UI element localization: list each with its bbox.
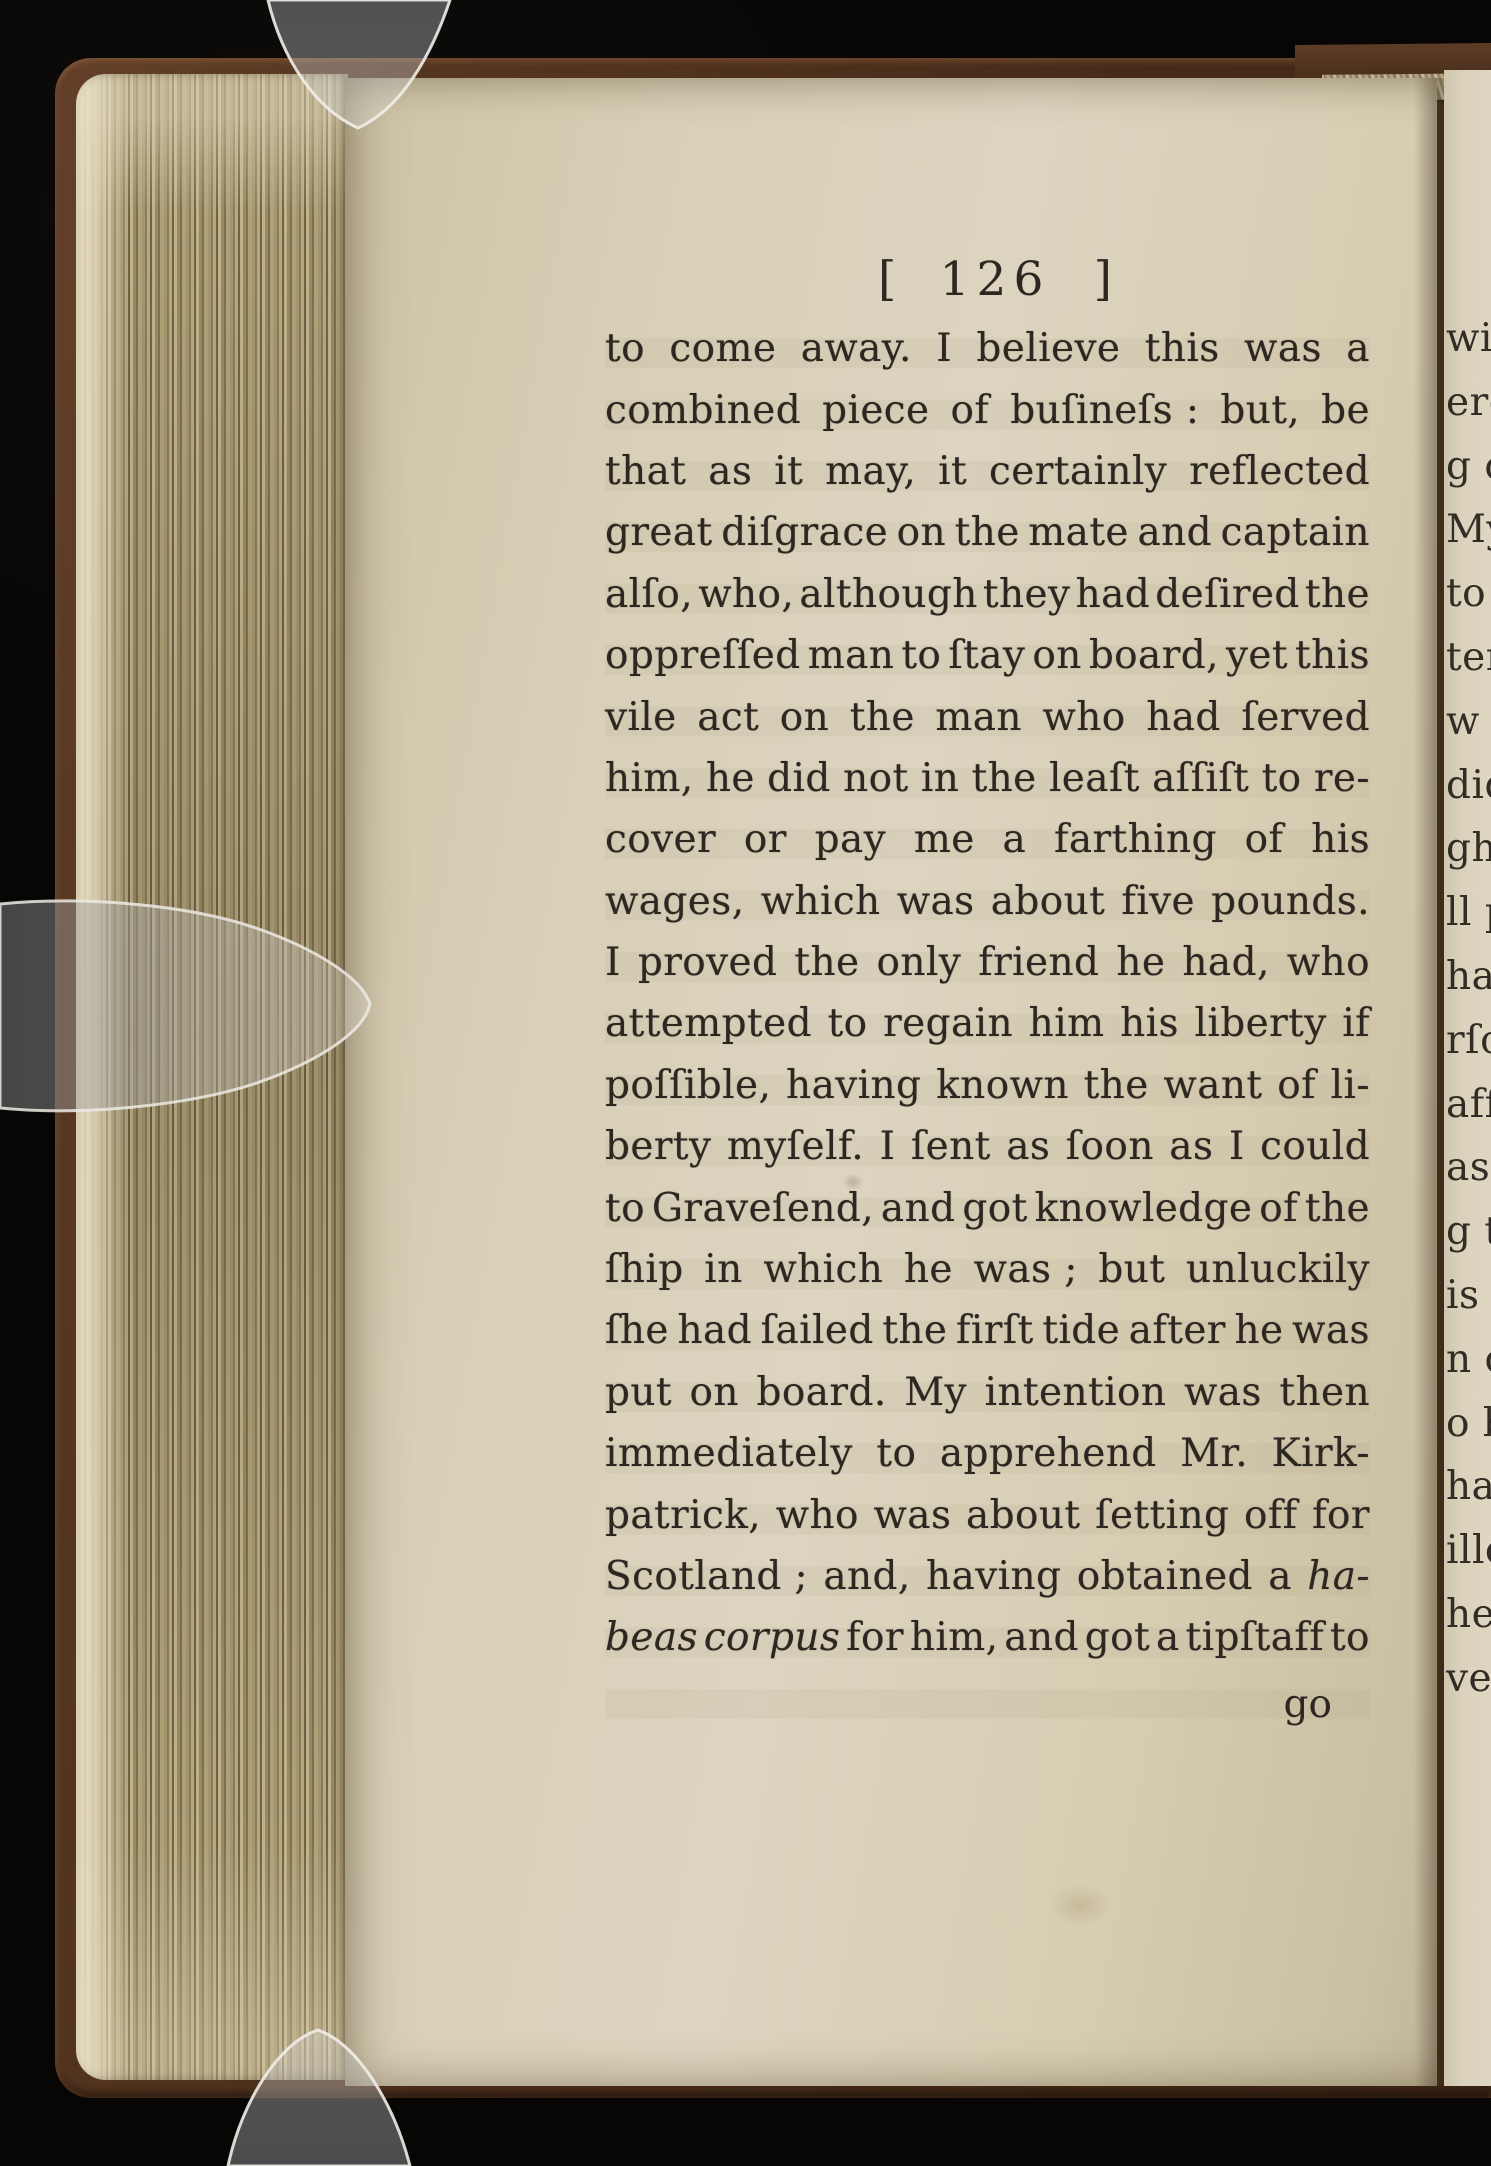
word: apprehend — [940, 1431, 1157, 1476]
word: liberty — [1194, 1001, 1326, 1046]
word: attempted — [605, 1001, 812, 1046]
word: away. — [801, 326, 912, 371]
facing-page-text-fragment: ght, and — [1446, 826, 1491, 871]
word: to — [605, 1186, 645, 1231]
word: intention — [985, 1370, 1167, 1415]
text-line: beascorpusforhim,andgotatipſtaffto — [605, 1607, 1370, 1668]
word: a — [1346, 326, 1370, 371]
word: ſent — [911, 1124, 991, 1169]
text-line: toGraveſend,andgotknowledgeofthe — [605, 1177, 1370, 1238]
word: board. — [757, 1370, 887, 1415]
word: believe — [976, 326, 1120, 371]
word: combined — [605, 388, 801, 433]
plastic-clip-top — [264, 0, 454, 140]
word: who — [776, 1493, 859, 1538]
word: vile — [605, 695, 677, 740]
word: My — [904, 1370, 967, 1415]
word: was — [1292, 1308, 1370, 1353]
word: deſired — [1155, 572, 1299, 617]
word: captain — [1221, 510, 1370, 555]
word: Mr. — [1180, 1431, 1248, 1476]
text-line: greatdiſgraceonthemateandcaptain — [605, 502, 1370, 563]
word: which — [763, 1247, 883, 1292]
word: ſetting — [1095, 1493, 1229, 1538]
text-line: vileactonthemanwhohadſerved — [605, 686, 1370, 747]
word: a — [1003, 817, 1027, 862]
word: he — [904, 1247, 953, 1292]
text-line: thatasitmay,itcertainlyreflected — [605, 441, 1370, 502]
word: put — [605, 1370, 672, 1415]
text-line: bertymyſelf.IſentasſoonasIcould — [605, 1116, 1370, 1177]
word: he — [1116, 940, 1165, 985]
word: the — [1305, 572, 1370, 617]
word: pounds. — [1211, 879, 1370, 924]
word: I — [1229, 1124, 1245, 1169]
word: friend — [978, 940, 1099, 985]
word: was — [1244, 326, 1322, 371]
word: piece — [822, 388, 929, 433]
word: was ; — [974, 1247, 1078, 1292]
text-line: Scotland ;and,havingobtainedaha- — [605, 1546, 1370, 1607]
word: and — [881, 1186, 956, 1231]
word: this — [1145, 326, 1220, 371]
word: this — [1295, 633, 1370, 678]
word: on — [1032, 633, 1081, 678]
word: after — [1129, 1308, 1226, 1353]
word: or — [744, 817, 787, 862]
word: to — [1330, 1615, 1370, 1660]
word: regain — [883, 1001, 1013, 1046]
word: as — [1006, 1124, 1050, 1169]
word: of — [1259, 1186, 1298, 1231]
facing-page-text-fragment: rſonate — [1446, 1018, 1491, 1063]
facing-page-text-fragment: had a — [1446, 954, 1491, 999]
word: off — [1244, 1493, 1298, 1538]
text-line: coverorpaymeafarthingofhis — [605, 809, 1370, 870]
word: was — [897, 879, 975, 924]
word: a — [1268, 1554, 1292, 1599]
word: leaſt — [1049, 756, 1140, 801]
plastic-clip-left — [0, 890, 385, 1122]
header-bracket-left: [ — [878, 252, 896, 307]
word: was — [874, 1493, 952, 1538]
word: corpus — [704, 1615, 840, 1660]
word: Scotland ; — [605, 1554, 808, 1599]
facing-page-text-fragment: very — [1446, 1656, 1491, 1701]
word: did — [767, 756, 831, 801]
facing-page-text-fragment: w me, a — [1446, 699, 1491, 744]
word: they — [983, 572, 1071, 617]
word: the — [972, 756, 1037, 801]
word: for — [846, 1615, 904, 1660]
word: ſhip — [605, 1247, 684, 1292]
word: but, — [1220, 388, 1300, 433]
page-number: 126 — [940, 252, 1051, 307]
facing-page-text-fragment: to uſe — [1446, 571, 1491, 616]
word: ſoon — [1066, 1124, 1154, 1169]
text-line: tocomeaway.Ibelievethiswasa — [605, 318, 1370, 379]
word: having — [926, 1554, 1061, 1599]
word: I — [936, 326, 952, 371]
word: who — [1287, 940, 1370, 985]
facing-page-text-fragment: o bail. — [1446, 1401, 1491, 1446]
text-line: alſo,who,althoughtheyhaddeſiredthe — [605, 564, 1370, 625]
word: diſgrace — [721, 510, 888, 555]
text-line: immediatelytoapprehendMr.Kirk- — [605, 1423, 1370, 1484]
word: about — [966, 1493, 1081, 1538]
page-header: [ 126 ] — [878, 246, 1112, 312]
word: cover — [605, 817, 716, 862]
text-line: combinedpieceofbuſineſs :but,be — [605, 379, 1370, 440]
word: oppreſſed — [605, 633, 801, 678]
word: to — [876, 1431, 916, 1476]
word: on — [690, 1370, 739, 1415]
word: re- — [1314, 756, 1370, 801]
word: known — [936, 1063, 1069, 1108]
word: man — [935, 695, 1022, 740]
word: berty — [605, 1124, 711, 1169]
text-line: Iprovedtheonlyfriendhehad,who — [605, 932, 1370, 993]
word: certainly — [989, 449, 1167, 494]
word: the — [850, 695, 915, 740]
facing-page-text-fragment: is plea — [1446, 1273, 1491, 1318]
facing-page-text-fragment: aff, who — [1446, 1082, 1491, 1127]
word: the — [794, 940, 859, 985]
plastic-clip-bottom — [222, 2018, 414, 2166]
text-line: oppreſſedmantoſtayonboard,yetthis — [605, 625, 1370, 686]
word: me — [914, 817, 975, 862]
word: who, — [698, 572, 794, 617]
word: of — [1245, 817, 1284, 862]
word: buſineſs : — [1010, 388, 1199, 433]
word: ſhe — [605, 1308, 669, 1353]
word: had — [677, 1308, 752, 1353]
word: in — [704, 1247, 742, 1292]
word: pay — [815, 817, 886, 862]
word: not — [843, 756, 908, 801]
word: it — [774, 449, 803, 494]
word: ſtay — [948, 633, 1025, 678]
word: of — [951, 388, 990, 433]
word: he — [706, 756, 755, 801]
word: him, — [910, 1615, 999, 1660]
catchword: go — [1284, 1682, 1332, 1727]
word: patrick, — [605, 1493, 761, 1538]
word: li- — [1331, 1063, 1370, 1108]
word: knowledge — [1035, 1186, 1253, 1231]
word: I — [605, 940, 621, 985]
word: beas — [605, 1615, 698, 1660]
word: myſelf. — [727, 1124, 864, 1169]
word: his — [1311, 817, 1370, 862]
word: yet — [1226, 633, 1288, 678]
word: reflected — [1189, 449, 1370, 494]
word: him, — [605, 756, 694, 801]
word: poſſible, — [605, 1063, 771, 1108]
word: firſt — [956, 1308, 1034, 1353]
text-line: ſhehadſailedthefirſttideafterhewas — [605, 1300, 1370, 1361]
word: proved — [638, 940, 778, 985]
word: and, — [823, 1554, 910, 1599]
word: who — [1043, 695, 1126, 740]
word: five — [1121, 879, 1195, 924]
word: tipſtaff — [1186, 1615, 1325, 1660]
word: him — [1029, 1001, 1105, 1046]
facing-page-text-fragment: ll plotte — [1446, 890, 1491, 935]
word: aſſiſt — [1152, 756, 1249, 801]
word: then — [1279, 1370, 1370, 1415]
text-line: patrick,whowasaboutſettingofffor — [605, 1484, 1370, 1545]
word: the — [882, 1308, 947, 1353]
facing-page-text-fragment: g to the — [1446, 1209, 1491, 1254]
word: having — [786, 1063, 921, 1108]
word: only — [877, 940, 962, 985]
word: board, — [1089, 633, 1219, 678]
facing-page-text-fragment: did n — [1446, 763, 1491, 808]
facing-page-text-fragment: tened r — [1446, 635, 1491, 680]
word: was — [1184, 1370, 1262, 1415]
text-line: ſhipinwhichhewas ;butunluckily — [605, 1239, 1370, 1300]
facing-page-text-fragment: My b — [1446, 507, 1491, 552]
gutter-shadow — [1414, 78, 1448, 2086]
word: in — [921, 756, 959, 801]
word: obtained — [1077, 1554, 1253, 1599]
word: Graveſend, — [652, 1186, 874, 1231]
word: come — [669, 326, 776, 371]
word: as — [708, 449, 752, 494]
page-text-block: tocomeaway.Ibelievethiswasacombinedpiece… — [605, 318, 1370, 1669]
facing-page-text-fragment: he ut — [1446, 1592, 1491, 1637]
word: got — [1085, 1615, 1150, 1660]
facing-page-sliver: with meere he lig of thMy bto uſetened r… — [1444, 70, 1491, 2086]
word: although — [799, 572, 977, 617]
word: the — [1084, 1063, 1149, 1108]
word: farthing — [1054, 817, 1217, 862]
word: as — [1169, 1124, 1213, 1169]
word: which — [761, 879, 881, 924]
word: if — [1342, 1001, 1370, 1046]
word: to — [901, 633, 941, 678]
text-line: him,hedidnotintheleaſtaſſiſttore- — [605, 748, 1370, 809]
word: had, — [1182, 940, 1269, 985]
word: Kirk- — [1272, 1431, 1370, 1476]
text-line: attemptedtoregainhimhislibertyif — [605, 993, 1370, 1054]
header-bracket-right: ] — [1094, 252, 1112, 307]
word: be — [1321, 388, 1370, 433]
word: on — [780, 695, 829, 740]
word: it — [938, 449, 967, 494]
word: ſailed — [761, 1308, 874, 1353]
word: he — [1234, 1308, 1283, 1353]
word: may, — [825, 449, 916, 494]
facing-page-text-fragment: with me — [1446, 316, 1491, 361]
word: tide — [1042, 1308, 1120, 1353]
photo-stage: with meere he lig of thMy bto uſetened r… — [0, 0, 1491, 2166]
facing-page-text-fragment: as to co — [1446, 1145, 1491, 1190]
text-line: poſſible,havingknownthewantofli- — [605, 1055, 1370, 1116]
word: but — [1098, 1247, 1165, 1292]
facing-page-text-fragment: n cuſtod — [1446, 1337, 1491, 1382]
facing-page-text-fragment: hat wel — [1446, 1464, 1491, 1509]
word: had — [1076, 572, 1151, 617]
word: a — [1156, 1615, 1180, 1660]
word: man — [808, 633, 895, 678]
word: immediately — [605, 1431, 853, 1476]
text-line: putonboard.Myintentionwasthen — [605, 1362, 1370, 1423]
word: had — [1146, 695, 1221, 740]
word: that — [605, 449, 686, 494]
facing-page-text-fragment: ille Sh — [1446, 1528, 1491, 1573]
word: the — [1305, 1186, 1370, 1231]
word: mate — [1028, 510, 1129, 555]
word: and — [1004, 1615, 1079, 1660]
facing-page-text-fragment: ere he li — [1446, 380, 1491, 425]
word: wages, — [605, 879, 745, 924]
word: and — [1137, 510, 1212, 555]
word: alſo, — [605, 572, 693, 617]
word: ha- — [1307, 1554, 1370, 1599]
facing-page-text-fragment: g of th — [1446, 444, 1491, 489]
word: ſerved — [1241, 695, 1370, 740]
word: on — [897, 510, 946, 555]
word: his — [1120, 1001, 1179, 1046]
word: about — [991, 879, 1106, 924]
text-line: wages,whichwasaboutfivepounds. — [605, 871, 1370, 932]
catchword-row: go — [605, 1682, 1370, 1727]
word: unluckily — [1186, 1247, 1370, 1292]
word: the — [955, 510, 1020, 555]
word: to — [828, 1001, 868, 1046]
word: could — [1260, 1124, 1370, 1169]
word: of — [1277, 1063, 1316, 1108]
word: got — [962, 1186, 1027, 1231]
word: I — [880, 1124, 896, 1169]
word: great — [605, 510, 713, 555]
word: act — [697, 695, 759, 740]
word: want — [1163, 1063, 1262, 1108]
word: to — [1262, 756, 1302, 801]
word: for — [1312, 1493, 1370, 1538]
word: to — [605, 326, 645, 371]
